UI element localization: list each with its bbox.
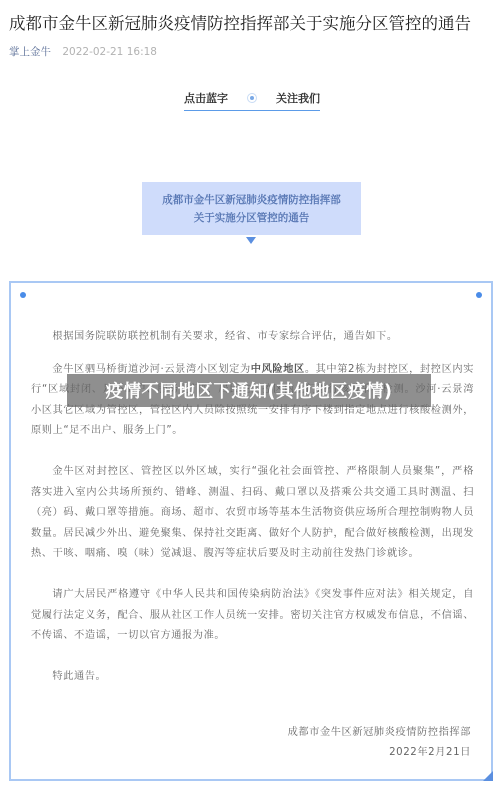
notice-paragraph-3: 请广大居民严格遵守《中华人民共和国传染病防治法》《突发事件应对法》相关规定，自觉… — [31, 585, 474, 647]
notice-paragraph-2: 金牛区对封控区、管控区以外区域，实行“强化社会面管控、严格限制人员聚集”，严格落… — [31, 462, 474, 565]
signature-date: 2022年2月21日 — [288, 743, 471, 763]
down-triangle-icon — [246, 237, 256, 244]
overlay-caption-banner: 疫情不同地区下通知(其他地区疫情) — [67, 374, 431, 407]
notice-box: 根据国务院联防联控机制有关要求，经省、市专家综合评估，通告如下。 金牛区驷马桥街… — [9, 281, 493, 781]
article-title: 成都市金牛区新冠肺炎疫情防控指挥部关于实施分区管控的通告 — [9, 13, 499, 35]
callout-line-1: 成都市金牛区新冠肺炎疫情防控指挥部 — [162, 191, 341, 209]
corner-fold-icon — [483, 771, 493, 781]
publish-time: 2022-02-21 16:18 — [62, 46, 157, 58]
notice-closing: 特此通告。 — [31, 667, 474, 688]
signature-block: 成都市金牛区新冠肺炎疫情防控指挥部 2022年2月21日 — [288, 723, 471, 763]
dot-icon — [20, 292, 26, 298]
signature-org: 成都市金牛区新冠肺炎疫情防控指挥部 — [288, 723, 471, 743]
risk-level-text: 中风险地区 — [251, 364, 305, 375]
para1-text: 金牛区驷马桥街道沙河·云景湾小区划定为 — [52, 364, 250, 375]
radio-dot-icon — [247, 93, 257, 103]
heading-callout: 成都市金牛区新冠肺炎疫情防控指挥部 关于实施分区管控的通告 — [142, 182, 361, 235]
source-account-link[interactable]: 掌上金牛 — [9, 46, 51, 58]
follow-left-text: 点击蓝字 — [184, 90, 228, 106]
follow-right-text: 关注我们 — [276, 90, 320, 106]
notice-intro: 根据国务院联防联控机制有关要求，经省、市专家综合评估，通告如下。 — [31, 327, 474, 348]
dot-icon — [476, 292, 482, 298]
follow-banner[interactable]: 点击蓝字 关注我们 — [184, 89, 320, 111]
overlay-caption-text: 疫情不同地区下通知(其他地区疫情) — [106, 378, 393, 403]
article-meta: 掌上金牛 2022-02-21 16:18 — [9, 45, 157, 59]
callout-line-2: 关于实施分区管控的通告 — [194, 209, 310, 227]
